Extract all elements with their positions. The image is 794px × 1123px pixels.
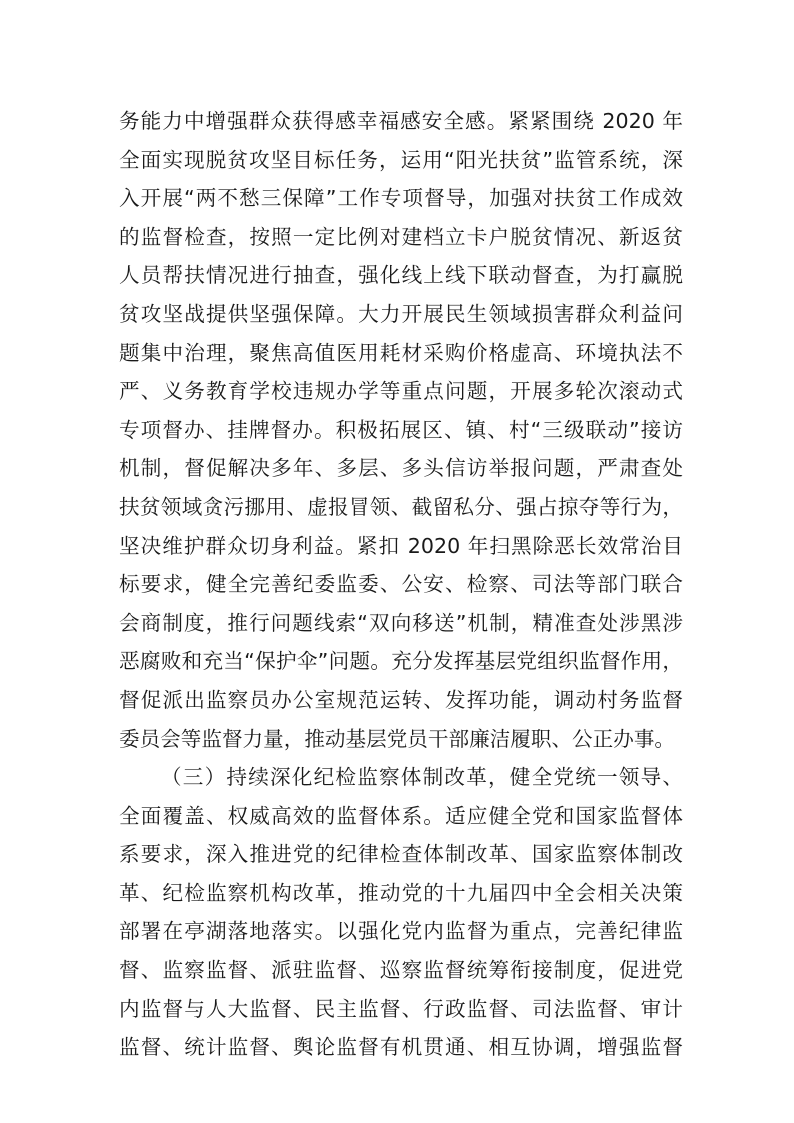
text-line: 专项督办、挂牌督办。积极拓展区、镇、村“三级联动”接访 [119, 411, 683, 450]
text-line: 委员会等监督力量，推动基层党员干部廉洁履职、公正办事。 [119, 720, 683, 759]
text-line: 督、监察监督、派驻监督、巡察监督统筹衔接制度，促进党 [119, 951, 683, 990]
text-line: 人员帮扶情况进行抽查，强化线上线下联动督查，为打赢脱 [119, 256, 683, 295]
text-line: 会商制度，推行问题线索“双向移送”机制，精准查处涉黑涉 [119, 604, 683, 643]
text-line: 的监督检查，按照一定比例对建档立卡户脱贫情况、新返贫 [119, 218, 683, 257]
text-line: 内监督与人大监督、民主监督、行政监督、司法监督、审计 [119, 990, 683, 1029]
text-line: 全面实现脱贫攻坚目标任务，运用“阳光扶贫”监管系统，深 [119, 141, 683, 180]
text-line: 系要求，深入推进党的纪律检查体制改革、国家监察体制改 [119, 835, 683, 874]
body-text: 务能力中增强群众获得感幸福感安全感。紧紧围绕 2020 年 全面实现脱贫攻坚目标… [119, 102, 683, 1067]
text-line: 务能力中增强群众获得感幸福感安全感。紧紧围绕 2020 年 [119, 102, 683, 141]
text-line: 贫攻坚战提供坚强保障。大力开展民生领域损害群众利益问 [119, 295, 683, 334]
text-line: 扶贫领域贪污挪用、虚报冒领、截留私分、强占掠夺等行为， [119, 488, 683, 527]
text-line: 全面覆盖、权威高效的监督体系。适应健全党和国家监督体 [119, 797, 683, 836]
text-line: 恶腐败和充当“保护伞”问题。充分发挥基层党组织监督作用， [119, 642, 683, 681]
text-line: 严、义务教育学校违规办学等重点问题，开展多轮次滚动式 [119, 372, 683, 411]
document-page: 务能力中增强群众获得感幸福感安全感。紧紧围绕 2020 年 全面实现脱贫攻坚目标… [0, 0, 794, 1123]
text-line: 标要求，健全完善纪委监委、公安、检察、司法等部门联合 [119, 565, 683, 604]
section-heading-line: （三）持续深化纪检监察体制改革，健全党统一领导、 [119, 758, 683, 797]
text-line: 坚决维护群众切身利益。紧扣 2020 年扫黑除恶长效常治目 [119, 527, 683, 566]
text-line: 监督、统计监督、舆论监督有机贯通、相互协调，增强监督 [119, 1028, 683, 1067]
text-line: 部署在亭湖落地落实。以强化党内监督为重点，完善纪律监 [119, 912, 683, 951]
text-line: 题集中治理，聚焦高值医用耗材采购价格虚高、环境执法不 [119, 334, 683, 373]
text-line: 革、纪检监察机构改革，推动党的十九届四中全会相关决策 [119, 874, 683, 913]
text-line: 机制，督促解决多年、多层、多头信访举报问题，严肃查处 [119, 449, 683, 488]
text-line: 入开展“两不愁三保障”工作专项督导，加强对扶贫工作成效 [119, 179, 683, 218]
text-line: 督促派出监察员办公室规范运转、发挥功能，调动村务监督 [119, 681, 683, 720]
